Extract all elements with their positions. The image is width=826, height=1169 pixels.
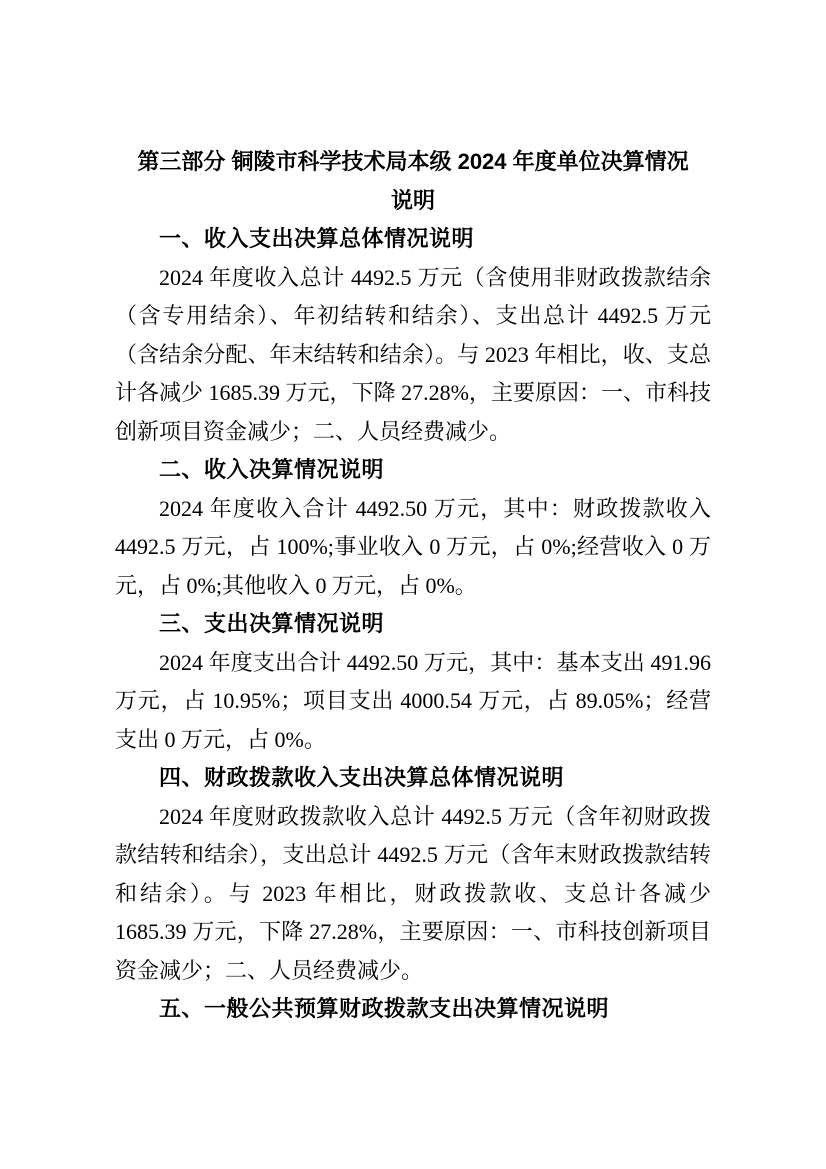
section-heading-1: 一、收入支出决算总体情况说明 (115, 220, 711, 259)
document-title: 第三部分 铜陵市科学技术局本级 2024 年度单位决算情况说明 (135, 143, 691, 220)
section-paragraph: 2024 年度收入合计 4492.50 万元，其中：财政拨款收入 4492.5 … (115, 490, 711, 606)
document-page: 第三部分 铜陵市科学技术局本级 2024 年度单位决算情况说明 一、收入支出决算… (0, 0, 826, 1169)
section-heading-4: 四、财政拨款收入支出决算总体情况说明 (115, 759, 711, 798)
section-fiscal-appropriation-overview: 四、财政拨款收入支出决算总体情况说明 2024 年度财政拨款收入总计 4492.… (115, 759, 711, 990)
section-income-expenditure-overview: 一、收入支出决算总体情况说明 2024 年度收入总计 4492.5 万元（含使用… (115, 220, 711, 451)
section-heading-3: 三、支出决算情况说明 (115, 605, 711, 644)
section-income-detail: 二、收入决算情况说明 2024 年度收入合计 4492.50 万元，其中：财政拨… (115, 451, 711, 605)
section-paragraph: 2024 年度财政拨款收入总计 4492.5 万元（含年初财政拨款结转和结余），… (115, 798, 711, 991)
section-heading-2: 二、收入决算情况说明 (115, 451, 711, 490)
section-expenditure-detail: 三、支出决算情况说明 2024 年度支出合计 4492.50 万元，其中：基本支… (115, 605, 711, 759)
section-heading-5: 五、一般公共预算财政拨款支出决算情况说明 (115, 990, 711, 1029)
section-general-public-budget: 五、一般公共预算财政拨款支出决算情况说明 (115, 990, 711, 1029)
section-paragraph: 2024 年度支出合计 4492.50 万元，其中：基本支出 491.96 万元… (115, 644, 711, 760)
section-paragraph: 2024 年度收入总计 4492.5 万元（含使用非财政拨款结余（含专用结余）、… (115, 259, 711, 452)
